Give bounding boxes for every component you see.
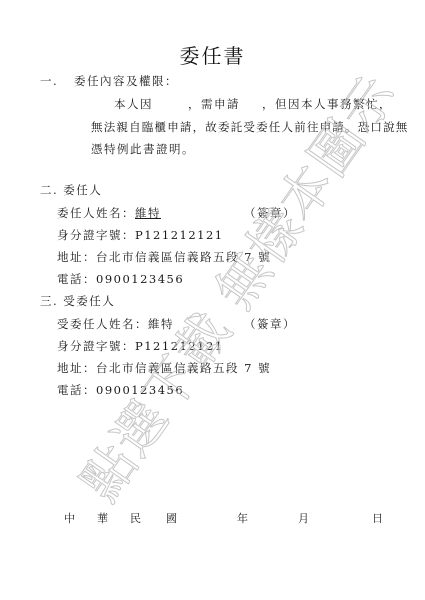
section1-number: 一. xyxy=(40,73,58,89)
principal-signature-label: （簽章） xyxy=(244,205,296,221)
document-page: 委任書 一. 委任內容及權限： 本人因 ，需申請 ，但因本人事務繁忙， 無法親自… xyxy=(0,0,425,600)
principal-id-row: 身分證字號：P121212121 xyxy=(57,227,224,243)
section3-heading: 三. 受委任人 xyxy=(40,293,115,309)
section1-para-part-a: 本人因 xyxy=(114,96,153,112)
agent-name-value: 維特 xyxy=(148,317,174,331)
date-row: 中 華 民 國 年 月 日 xyxy=(0,510,425,530)
date-char-1: 中 xyxy=(64,510,75,526)
agent-id-row: 身分證字號：P121212121 xyxy=(57,338,224,354)
principal-id-value: P121212121 xyxy=(135,228,224,242)
section2-heading: 二. 委任人 xyxy=(40,182,102,198)
section1-para-part-b: ，需申請 xyxy=(188,96,240,112)
agent-address-label: 地址： xyxy=(57,361,96,375)
agent-phone-label: 電話： xyxy=(57,383,96,397)
agent-address-value: 台北市信義區信義路五段 7 號 xyxy=(96,361,271,375)
date-year-label: 年 xyxy=(237,510,248,526)
agent-signature-label: （簽章） xyxy=(244,316,296,332)
document-title: 委任書 xyxy=(0,40,425,69)
date-char-4: 國 xyxy=(166,510,177,526)
section1-heading: 委任內容及權限： xyxy=(74,73,178,89)
principal-phone-value: 0900123456 xyxy=(96,272,184,286)
agent-phone-row: 電話：0900123456 xyxy=(57,382,184,398)
section1-para-line2: 無法親自臨櫃申請，故委託受委任人前往申請。恐口說無 xyxy=(91,119,409,135)
date-char-3: 民 xyxy=(130,510,141,526)
date-day-label: 日 xyxy=(372,510,383,526)
principal-name-label: 委任人姓名： xyxy=(57,206,135,220)
agent-name-row: 受委任人姓名：維特 xyxy=(57,316,174,332)
section1-para-part-c: ，但因本人事務繁忙， xyxy=(262,96,392,112)
principal-address-label: 地址： xyxy=(57,250,96,264)
date-month-label: 月 xyxy=(298,510,309,526)
principal-phone-row: 電話：0900123456 xyxy=(57,271,184,287)
agent-address-row: 地址：台北市信義區信義路五段 7 號 xyxy=(57,360,271,376)
agent-phone-value: 0900123456 xyxy=(96,383,184,397)
date-char-2: 華 xyxy=(97,510,108,526)
agent-name-label: 受委任人姓名： xyxy=(57,317,148,331)
principal-name-row: 委任人姓名：維特 xyxy=(57,205,161,221)
principal-phone-label: 電話： xyxy=(57,272,96,286)
principal-id-label: 身分證字號： xyxy=(57,228,135,242)
principal-name-value: 維特 xyxy=(135,206,161,220)
section1-para-line3: 憑特例此書證明。 xyxy=(91,141,195,157)
agent-id-value: P121212121 xyxy=(135,339,224,353)
principal-address-value: 台北市信義區信義路五段 7 號 xyxy=(96,250,271,264)
agent-id-label: 身分證字號： xyxy=(57,339,135,353)
principal-address-row: 地址：台北市信義區信義路五段 7 號 xyxy=(57,249,271,265)
